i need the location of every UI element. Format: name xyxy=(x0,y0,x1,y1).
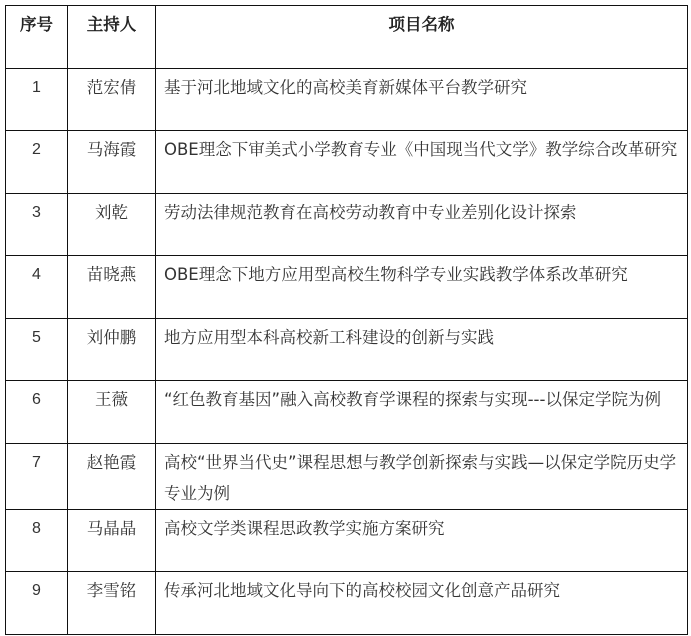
header-row: 序号 主持人 项目名称 xyxy=(6,6,688,69)
header-host: 主持人 xyxy=(68,6,156,69)
table-row: 6 王薇 “红色教育基因”融入高校教育学课程的探索与实现---以保定学院为例 xyxy=(6,381,688,444)
table-row: 1 范宏倩 基于河北地域文化的高校美育新媒体平台教学研究 xyxy=(6,68,688,131)
table-row: 4 苗晓燕 OBE理念下地方应用型高校生物科学专业实践教学体系改革研究 xyxy=(6,256,688,319)
row-project-title: “红色教育基因”融入高校教育学课程的探索与实现---以保定学院为例 xyxy=(156,381,688,444)
header-number: 序号 xyxy=(6,6,68,69)
header-project-name: 项目名称 xyxy=(156,6,688,69)
row-project-title: OBE理念下审美式小学教育专业《中国现当代文学》教学综合改革研究 xyxy=(156,131,688,194)
row-host: 刘仲鹏 xyxy=(68,318,156,381)
row-project-title: OBE理念下地方应用型高校生物科学专业实践教学体系改革研究 xyxy=(156,256,688,319)
row-project-title: 高校文学类课程思政教学实施方案研究 xyxy=(156,509,688,572)
row-number: 4 xyxy=(6,256,68,319)
row-host: 李雪铭 xyxy=(68,572,156,635)
row-project-title: 地方应用型本科高校新工科建设的创新与实践 xyxy=(156,318,688,381)
table-row: 9 李雪铭 传承河北地域文化导向下的高校校园文化创意产品研究 xyxy=(6,572,688,635)
row-host: 范宏倩 xyxy=(68,68,156,131)
row-host: 刘乾 xyxy=(68,193,156,256)
table-row: 7 赵艳霞 高校“世界当代史”课程思想与教学创新探索与实践—以保定学院历史学专业… xyxy=(6,443,688,509)
table-row: 5 刘仲鹏 地方应用型本科高校新工科建设的创新与实践 xyxy=(6,318,688,381)
row-host: 马晶晶 xyxy=(68,509,156,572)
row-number: 5 xyxy=(6,318,68,381)
row-number: 3 xyxy=(6,193,68,256)
project-table: 序号 主持人 项目名称 1 范宏倩 基于河北地域文化的高校美育新媒体平台教学研究… xyxy=(5,5,688,635)
row-project-title: 劳动法律规范教育在高校劳动教育中专业差别化设计探索 xyxy=(156,193,688,256)
row-project-title: 高校“世界当代史”课程思想与教学创新探索与实践—以保定学院历史学专业为例 xyxy=(156,443,688,509)
row-host: 苗晓燕 xyxy=(68,256,156,319)
row-number: 6 xyxy=(6,381,68,444)
table-row: 3 刘乾 劳动法律规范教育在高校劳动教育中专业差别化设计探索 xyxy=(6,193,688,256)
row-host: 王薇 xyxy=(68,381,156,444)
row-number: 7 xyxy=(6,443,68,509)
row-number: 8 xyxy=(6,509,68,572)
row-project-title: 基于河北地域文化的高校美育新媒体平台教学研究 xyxy=(156,68,688,131)
row-number: 9 xyxy=(6,572,68,635)
row-project-title: 传承河北地域文化导向下的高校校园文化创意产品研究 xyxy=(156,572,688,635)
table-row: 8 马晶晶 高校文学类课程思政教学实施方案研究 xyxy=(6,509,688,572)
row-host: 马海霞 xyxy=(68,131,156,194)
table-row: 2 马海霞 OBE理念下审美式小学教育专业《中国现当代文学》教学综合改革研究 xyxy=(6,131,688,194)
row-host: 赵艳霞 xyxy=(68,443,156,509)
row-number: 2 xyxy=(6,131,68,194)
row-number: 1 xyxy=(6,68,68,131)
